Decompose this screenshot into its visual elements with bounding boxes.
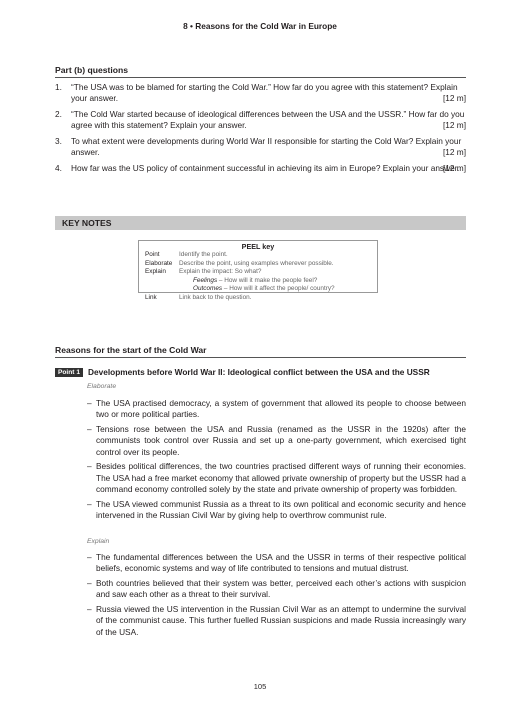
explain-label: Explain	[87, 538, 109, 545]
peel-description: Describe the point, using examples where…	[179, 260, 334, 269]
peel-row-link: Link Link back to the question.	[145, 294, 371, 303]
list-item: The USA practised democracy, a system of…	[87, 398, 466, 421]
question-number: 3.	[55, 136, 62, 147]
list-item: The fundamental differences between the …	[87, 552, 466, 575]
part-b-heading: Part (b) questions	[55, 65, 466, 78]
peel-sub-outcomes: Outcomes – How will it affect the people…	[145, 285, 371, 294]
page-number: 105	[0, 682, 520, 691]
peel-term: Link	[145, 294, 179, 303]
peel-term: Explain	[145, 268, 179, 277]
list-item: The USA viewed communist Russia as a thr…	[87, 499, 466, 522]
peel-sub-description: – How will it affect the people/ country…	[222, 285, 335, 292]
peel-description: Link back to the question.	[179, 294, 251, 303]
list-item: Besides political differences, the two c…	[87, 461, 466, 495]
list-item: Russia viewed the US intervention in the…	[87, 604, 466, 638]
question-number: 4.	[55, 163, 62, 174]
list-item: Tensions rose between the USA and Russia…	[87, 424, 466, 458]
peel-sub-description: – How will it make the people feel?	[217, 277, 317, 284]
explain-list: The fundamental differences between the …	[87, 552, 466, 642]
peel-sub-feelings: Feelings – How will it make the people f…	[145, 277, 371, 286]
peel-key-title: PEEL key	[145, 242, 371, 251]
point-title: Developments before World War II: Ideolo…	[88, 367, 430, 377]
peel-term: Point	[145, 251, 179, 260]
running-head: 8 • Reasons for the Cold War in Europe	[0, 21, 520, 31]
point-heading: Point 1 Developments before World War II…	[55, 367, 475, 377]
peel-sub-label: Outcomes	[193, 285, 222, 292]
peel-description: Identify the point.	[179, 251, 228, 260]
peel-term: Elaborate	[145, 260, 179, 269]
question-marks: [12 m]	[71, 147, 466, 158]
question-item: 4. How far was the US policy of containm…	[55, 163, 466, 174]
question-marks: [12 m]	[71, 93, 466, 104]
question-item: 3. To what extent were developments duri…	[55, 136, 466, 159]
question-item: 1. “The USA was to be blamed for startin…	[55, 82, 466, 105]
list-item: Both countries believed that their syste…	[87, 578, 466, 601]
peel-sub-label: Feelings	[193, 277, 217, 284]
reasons-heading: Reasons for the start of the Cold War	[55, 345, 466, 358]
elaborate-list: The USA practised democracy, a system of…	[87, 398, 466, 525]
peel-row-point: Point Identify the point.	[145, 251, 371, 260]
key-notes-banner: KEY NOTES	[55, 216, 466, 230]
question-number: 2.	[55, 109, 62, 120]
peel-key-box: PEEL key Point Identify the point. Elabo…	[138, 240, 378, 293]
peel-row-explain: Explain Explain the impact: So what?	[145, 268, 371, 277]
question-number: 1.	[55, 82, 62, 93]
question-list: 1. “The USA was to be blamed for startin…	[55, 82, 466, 179]
question-item: 2. “The Cold War started because of ideo…	[55, 109, 466, 132]
peel-row-elaborate: Elaborate Describe the point, using exam…	[145, 260, 371, 269]
point-badge: Point 1	[55, 368, 83, 377]
question-text: How far was the US policy of containment…	[71, 163, 466, 174]
peel-description: Explain the impact: So what?	[179, 268, 261, 277]
elaborate-label: Elaborate	[87, 383, 116, 390]
